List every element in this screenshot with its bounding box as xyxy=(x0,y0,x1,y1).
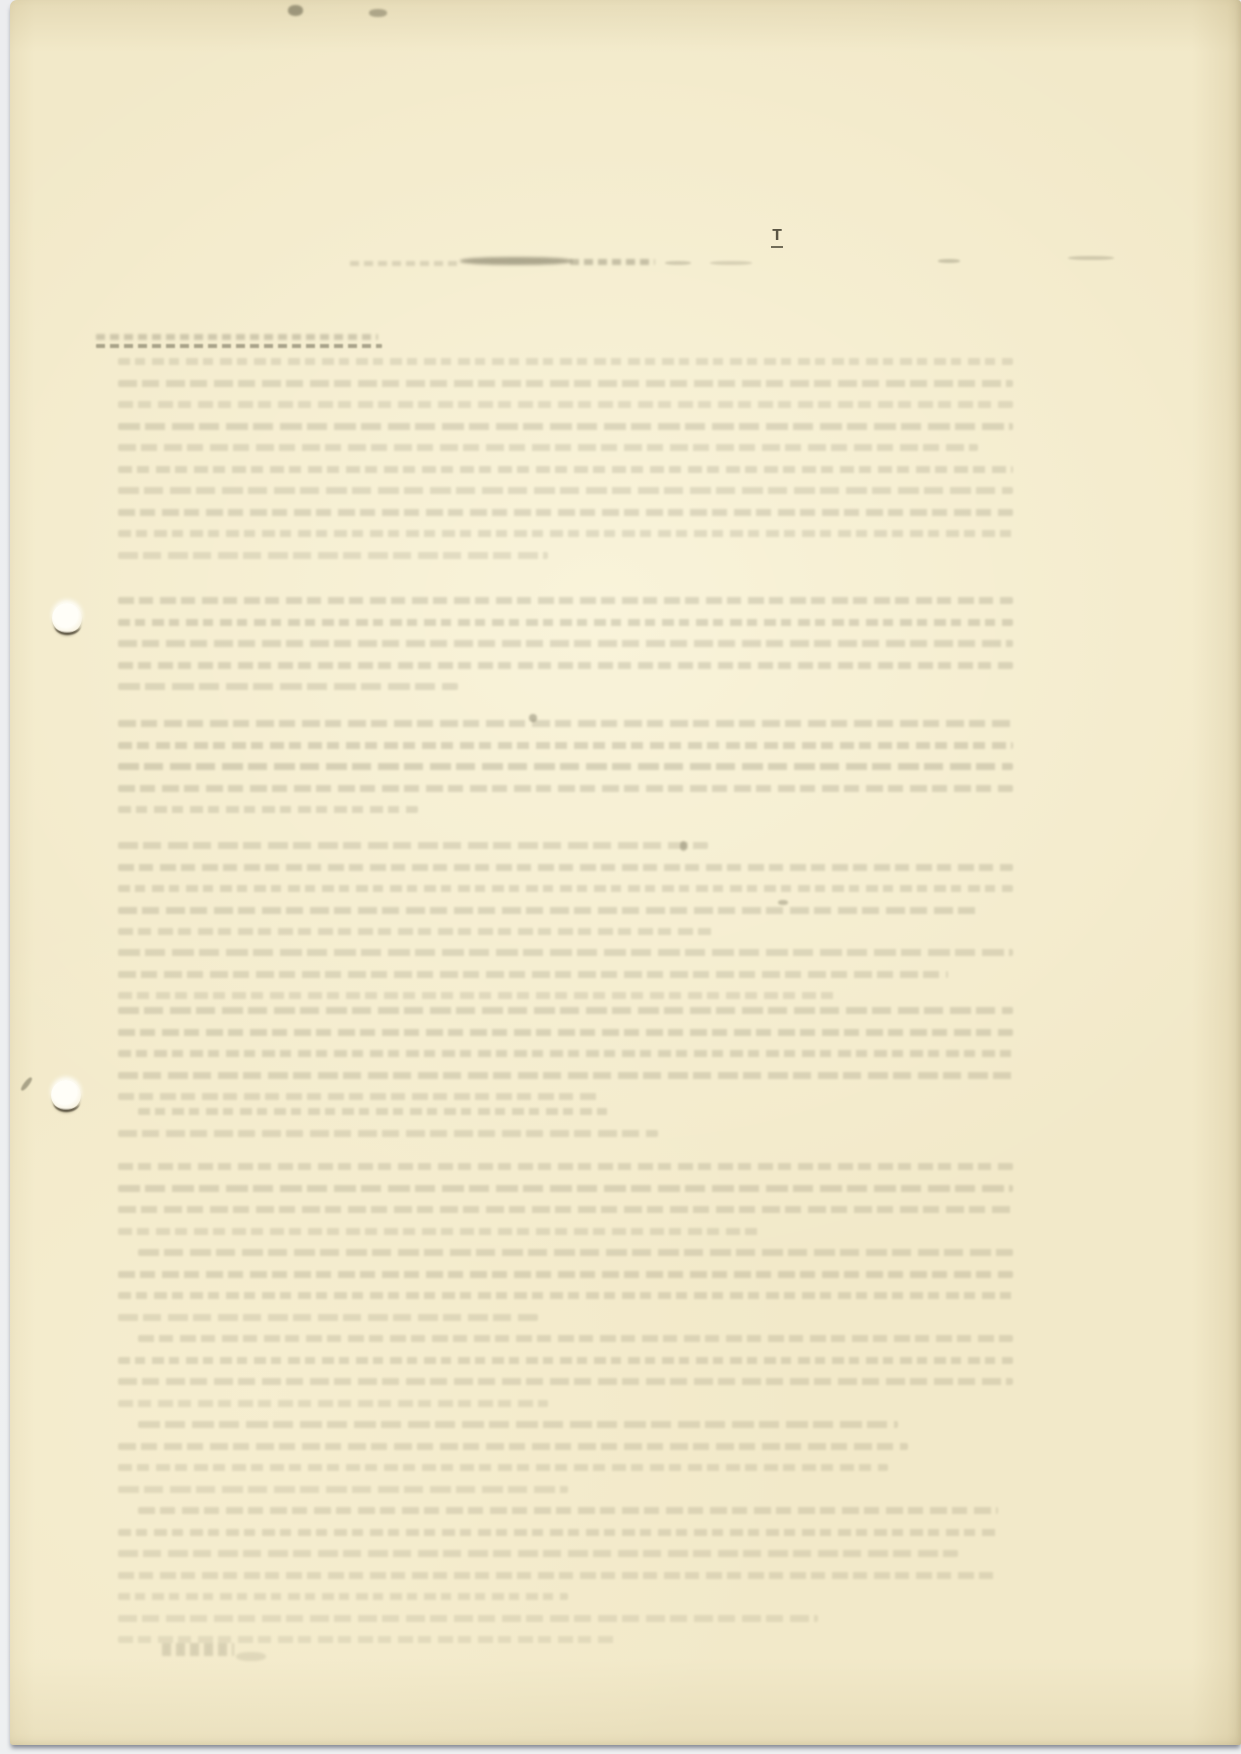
faded-text-line xyxy=(118,907,978,914)
faded-text-line xyxy=(118,864,1013,871)
faded-text-line xyxy=(118,1314,538,1321)
faded-text-line xyxy=(118,1529,998,1536)
faded-title-smudge xyxy=(570,259,655,265)
faded-text-line xyxy=(118,928,718,935)
faded-text-line xyxy=(118,1486,568,1493)
faded-text-line xyxy=(118,842,708,849)
faded-text-line xyxy=(118,1572,998,1579)
title-dash-mark xyxy=(665,261,691,265)
faded-text-line xyxy=(118,785,1013,792)
title-dash-mark xyxy=(710,261,752,265)
faded-text-line xyxy=(118,1464,888,1471)
faded-text-line xyxy=(118,380,1013,387)
faded-text-line xyxy=(118,1072,1013,1079)
faded-text-line xyxy=(118,423,1013,430)
faded-text-line xyxy=(118,444,978,451)
faded-text-line xyxy=(118,1593,568,1600)
faded-text-line xyxy=(118,401,1013,408)
stray-ink-mark xyxy=(778,900,788,905)
left-edge-ink-mark xyxy=(20,1076,34,1092)
faded-text-line xyxy=(118,763,1013,770)
faded-text-line xyxy=(118,742,1013,749)
faded-text-line xyxy=(138,1421,898,1428)
faded-text-line xyxy=(118,530,1013,537)
faded-text-line xyxy=(118,1443,908,1450)
bottom-left-stamp-mark xyxy=(162,1643,234,1656)
faded-heading-underline xyxy=(96,344,382,348)
faded-text-line xyxy=(118,1007,1013,1014)
faded-heading-smudge xyxy=(96,334,378,340)
faded-text-line xyxy=(118,487,1013,494)
faded-text-line xyxy=(118,619,1013,626)
faded-text-line xyxy=(138,1108,608,1115)
faded-text-line xyxy=(118,1050,1013,1057)
faded-text-line xyxy=(118,1357,1013,1364)
top-edge-ink-mark xyxy=(369,9,387,17)
document-page: T xyxy=(10,0,1241,1745)
faded-text-line xyxy=(118,1292,1013,1299)
faded-text-line xyxy=(118,1163,1013,1170)
faded-text-line xyxy=(118,1029,1013,1036)
faded-text-line xyxy=(118,1271,1013,1278)
faded-text-line xyxy=(118,1400,548,1407)
faded-text-line xyxy=(118,1378,1013,1385)
faded-text-line xyxy=(138,1335,1013,1342)
faded-text-line xyxy=(118,1093,598,1100)
faded-text-line xyxy=(118,1228,758,1235)
scan-background: T xyxy=(0,0,1241,1754)
title-dash-mark xyxy=(1068,256,1114,260)
faded-text-line xyxy=(118,466,1013,473)
title-dash-mark xyxy=(938,259,960,263)
faded-text-line xyxy=(118,1615,818,1622)
faded-title-smudge xyxy=(460,257,572,265)
faded-text-line xyxy=(118,640,1013,647)
faded-text-line xyxy=(118,885,1013,892)
title-initial-letter: T xyxy=(771,228,783,248)
faded-text-line xyxy=(118,509,1013,516)
faded-text-line xyxy=(118,806,418,813)
faded-text-line xyxy=(118,1636,618,1643)
faded-text-line xyxy=(138,1249,1013,1256)
faded-text-line xyxy=(118,1185,1013,1192)
faded-text-line xyxy=(138,1507,998,1514)
faded-title-smudge xyxy=(350,261,462,266)
punch-hole-bottom xyxy=(51,1080,81,1110)
faded-text-line xyxy=(118,552,548,559)
faded-text-line xyxy=(118,971,948,978)
faded-text-line xyxy=(118,358,1013,365)
faded-text-line xyxy=(118,597,1013,604)
faded-text-line xyxy=(118,683,458,690)
faded-text-line xyxy=(118,720,1013,727)
faded-text-line xyxy=(118,1130,658,1137)
bottom-left-stamp-mark xyxy=(236,1652,266,1661)
faded-text-line xyxy=(118,949,1013,956)
faded-text-line xyxy=(118,1550,958,1557)
faded-text-line xyxy=(118,1206,1013,1213)
top-edge-ink-mark xyxy=(288,5,303,16)
faded-text-line xyxy=(118,662,1013,669)
faded-text-line xyxy=(118,992,838,999)
punch-hole-top xyxy=(52,603,82,633)
